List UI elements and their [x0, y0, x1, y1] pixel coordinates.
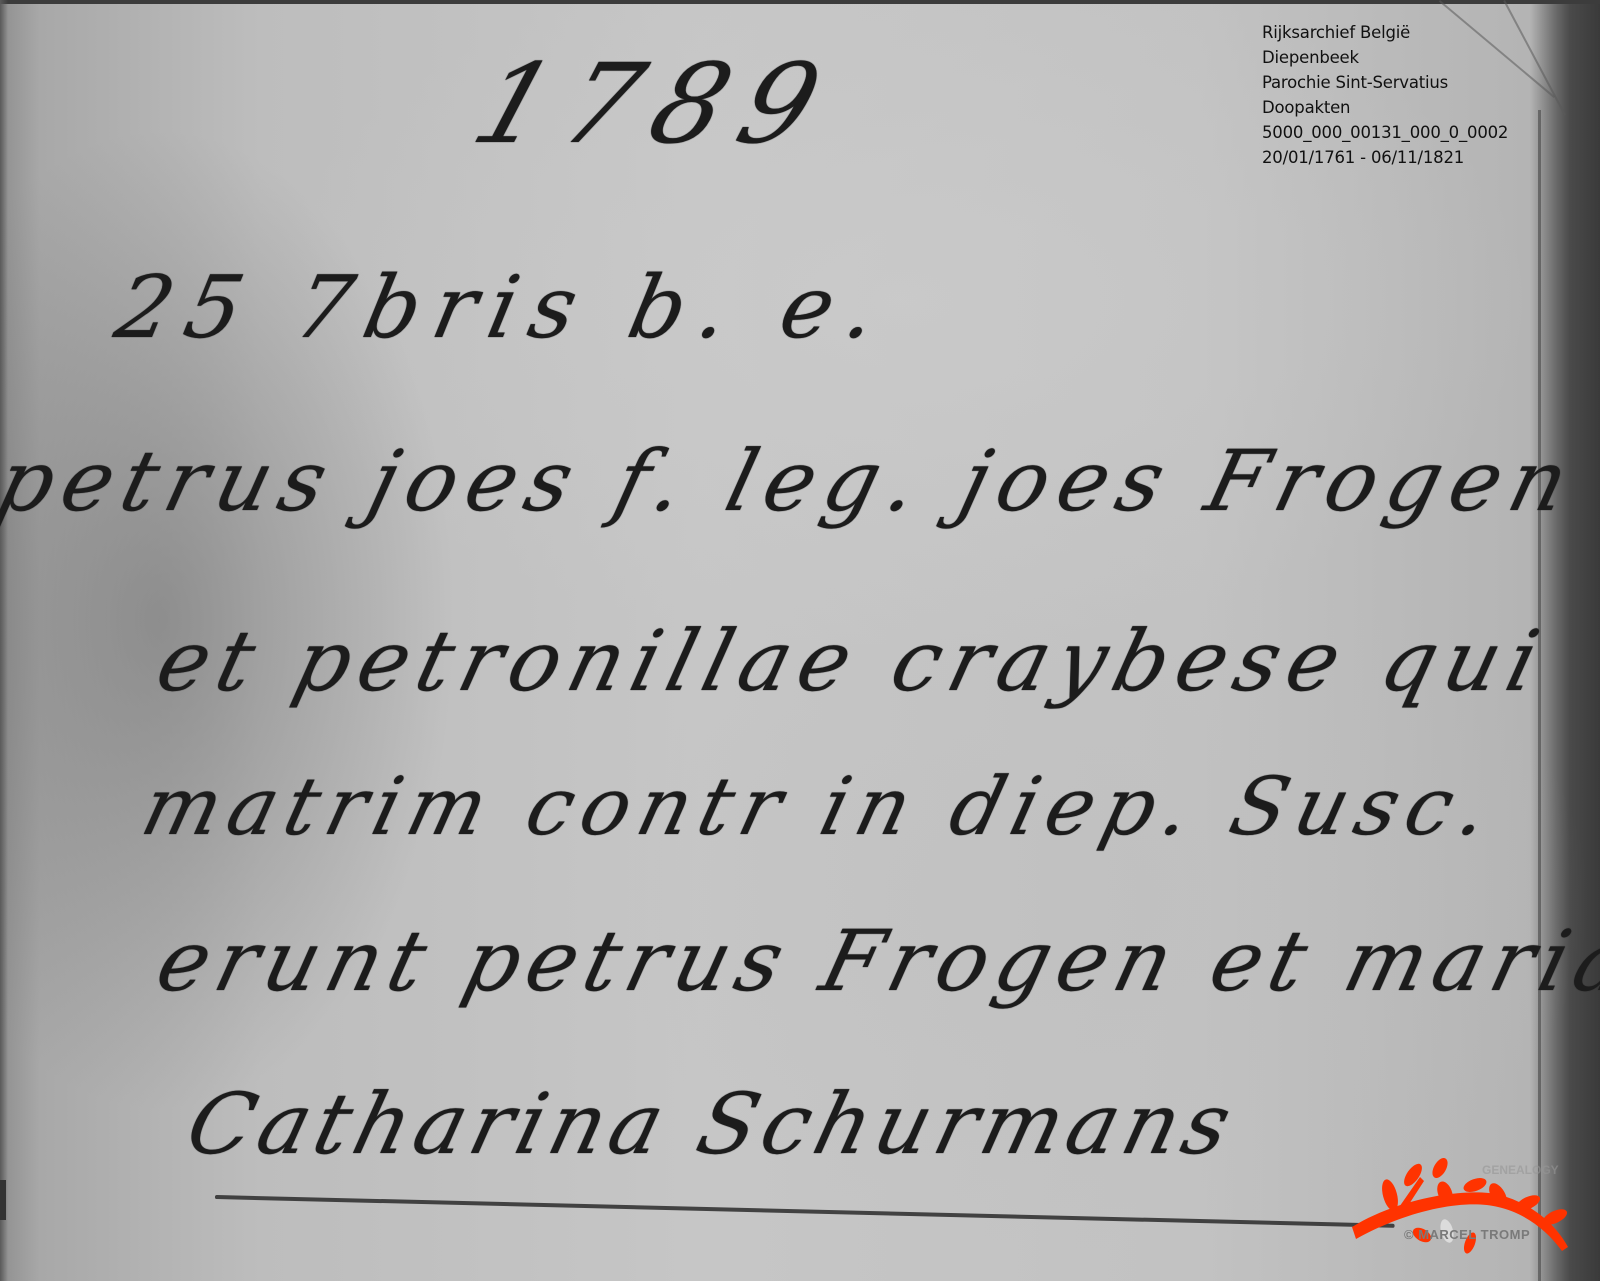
handwritten-line-godparents: erunt petrus Frogen et maria — [148, 912, 1600, 1010]
archive-location: Diepenbeek — [1262, 45, 1508, 70]
handwritten-line-marriage: matrim contr in diep. Susc. — [133, 760, 1507, 853]
archive-parish: Parochie Sint-Servatius — [1262, 70, 1508, 95]
document-scan: Rijksarchief België Diepenbeek Parochie … — [0, 0, 1600, 1281]
handwritten-line-child: petrus joes f. leg. joes Frogen — [0, 432, 1588, 530]
scan-top-edge — [0, 0, 1600, 4]
scan-left-edge — [0, 0, 8, 1281]
handwritten-line-date: 25 7bris b. e. — [107, 258, 899, 358]
archive-record-type: Doopakten — [1262, 95, 1508, 120]
archive-name: Rijksarchief België — [1262, 20, 1508, 45]
handwritten-line-godmother: Catharina Schurmans — [178, 1075, 1247, 1173]
watermark-copyright: © MARCEL TROMP — [1404, 1227, 1530, 1242]
margin-mark — [0, 1180, 6, 1220]
archive-date-range: 20/01/1761 - 06/11/1821 — [1262, 145, 1508, 170]
handwritten-line-mother: et petronillae craybese qui — [148, 612, 1557, 710]
page-fold-line — [1538, 110, 1541, 1281]
handwritten-year: 1789 — [459, 40, 853, 168]
corner-crease — [1503, 0, 1566, 116]
entry-end-rule — [215, 1195, 1395, 1228]
archive-reference-code: 5000_000_00131_000_0_0002 — [1262, 120, 1508, 145]
archive-info-block: Rijksarchief België Diepenbeek Parochie … — [1262, 20, 1508, 170]
